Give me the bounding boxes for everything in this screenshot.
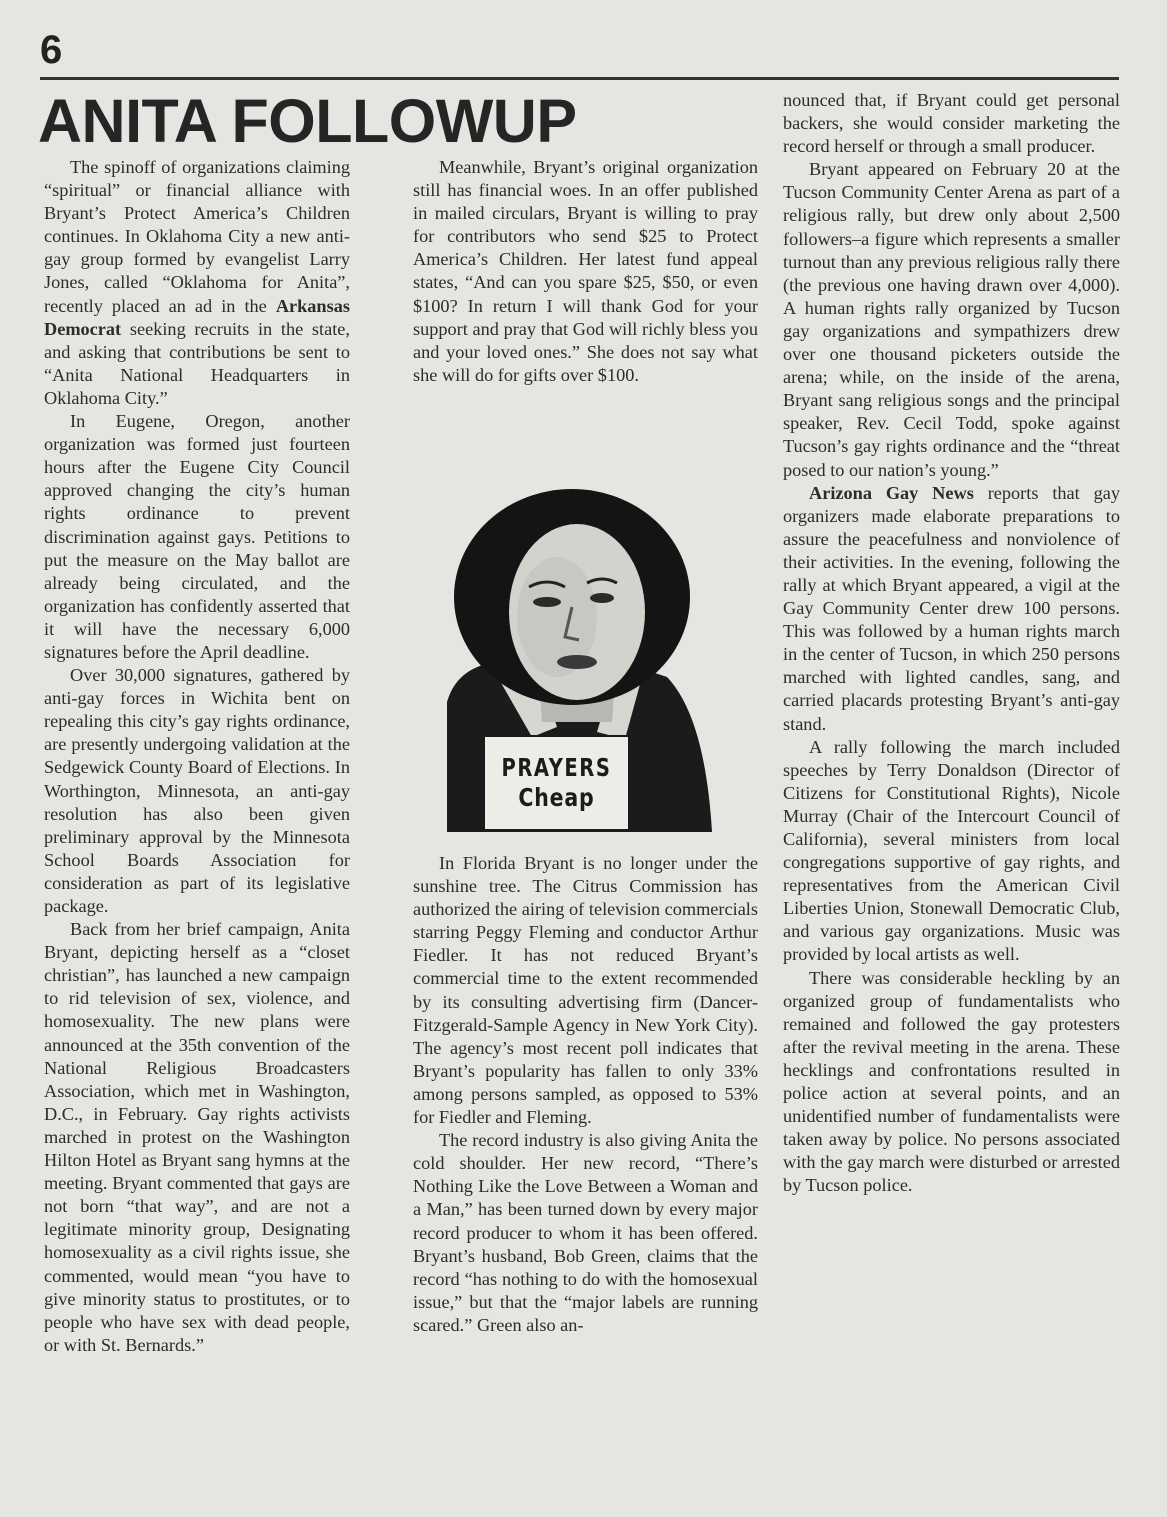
sign-line-2: Cheap (518, 783, 594, 813)
prayers-cheap-sign: PRAYERS Cheap (483, 735, 630, 831)
sign-line-1: PRAYERS (502, 753, 612, 783)
paragraph: There was considerable heckling by an or… (783, 967, 1120, 1198)
article-column-2-top: Meanwhile, Bryant’s original organizatio… (413, 156, 758, 387)
article-column-3: nounced that, if Bryant could get person… (783, 89, 1120, 1198)
paragraph: Over 30,000 signatures, gathered by anti… (44, 664, 350, 918)
page-number: 6 (40, 30, 62, 70)
article-column-1: The spinoff of organizations claiming “s… (44, 156, 350, 1357)
article-column-2-bottom: In Florida Bryant is no longer under the… (413, 852, 758, 1337)
paragraph: In Florida Bryant is no longer under the… (413, 852, 758, 1129)
header-rule (40, 77, 1119, 80)
paragraph: Meanwhile, Bryant’s original organizatio… (413, 156, 758, 387)
paragraph: The spinoff of organizations claiming “s… (44, 156, 350, 410)
paragraph: The record industry is also giving Anita… (413, 1129, 758, 1337)
paragraph: A rally following the march included spe… (783, 736, 1120, 967)
publication-name: Arizona Gay News (809, 483, 974, 503)
page-title: ANITA FOLLOWUP (38, 90, 577, 152)
paragraph: Bryant appeared on February 20 at the Tu… (783, 158, 1120, 481)
paragraph: Arizona Gay News reports that gay organi… (783, 482, 1120, 736)
paragraph: Back from her brief campaign, Anita Brya… (44, 918, 350, 1357)
paragraph: nounced that, if Bryant could get person… (783, 89, 1120, 158)
paragraph: In Eugene, Oregon, another organization … (44, 410, 350, 664)
